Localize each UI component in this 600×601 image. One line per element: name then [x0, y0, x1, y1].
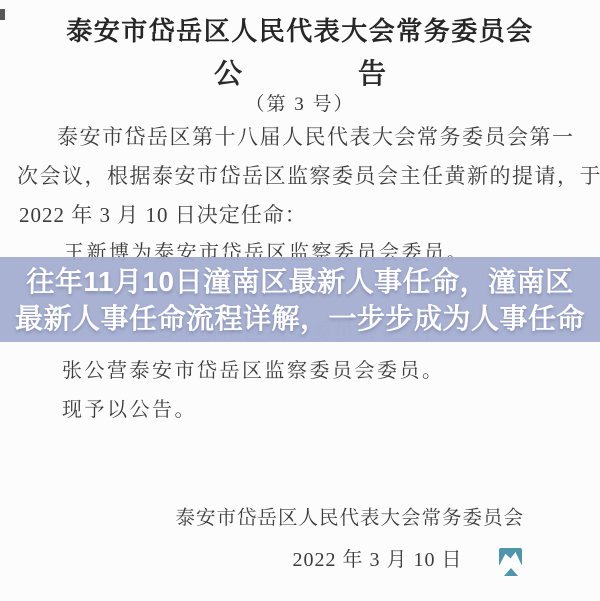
notice-type-char-gong: 公	[214, 52, 242, 92]
appointment-line-2: 张公营泰安市岱岳区监察委员会委员。	[62, 354, 445, 383]
paragraph-line-3: 2022 年 3 月 10 日决定任命：	[19, 199, 307, 229]
closing-line: 现予以公告。	[62, 393, 197, 422]
scanned-announcement-page: 泰安市岱岳区人民代表大会常务委员会 公 告 （第 3 号） 泰安市岱岳区第十八届…	[0, 0, 600, 601]
banner-text-line-2: 最新人事任命流程详解，一步步成为人事任命	[15, 300, 585, 337]
image-placeholder-icon	[499, 548, 522, 566]
notice-type-char-gao: 告	[358, 52, 386, 92]
org-title: 泰安市岱岳区人民代表大会常务委员会	[0, 11, 600, 48]
paragraph-line-2: 次会议，根据泰安市岱岳区监察委员会主任黄新的提请，于	[17, 160, 600, 190]
triangle-icon	[504, 568, 518, 576]
mountain-glyph	[499, 548, 522, 566]
paragraph-line-1: 泰安市岱岳区第十八届人民代表大会常务委员会第一	[57, 121, 575, 151]
notice-type-heading: 公 告	[0, 52, 600, 92]
publication-date: 2022 年 3 月 10 日	[280, 543, 475, 572]
notice-number: （第 3 号）	[0, 89, 600, 116]
caption-overlay-banner: 往年11月10日潼南区最新人事任命，潼南区 最新人事任命流程详解，一步步成为人事…	[0, 257, 600, 342]
banner-text-line-1: 往年11月10日潼南区最新人事任命，潼南区	[26, 263, 573, 300]
signature-org: 泰安市岱岳区人民代表大会常务委员会	[0, 502, 524, 530]
